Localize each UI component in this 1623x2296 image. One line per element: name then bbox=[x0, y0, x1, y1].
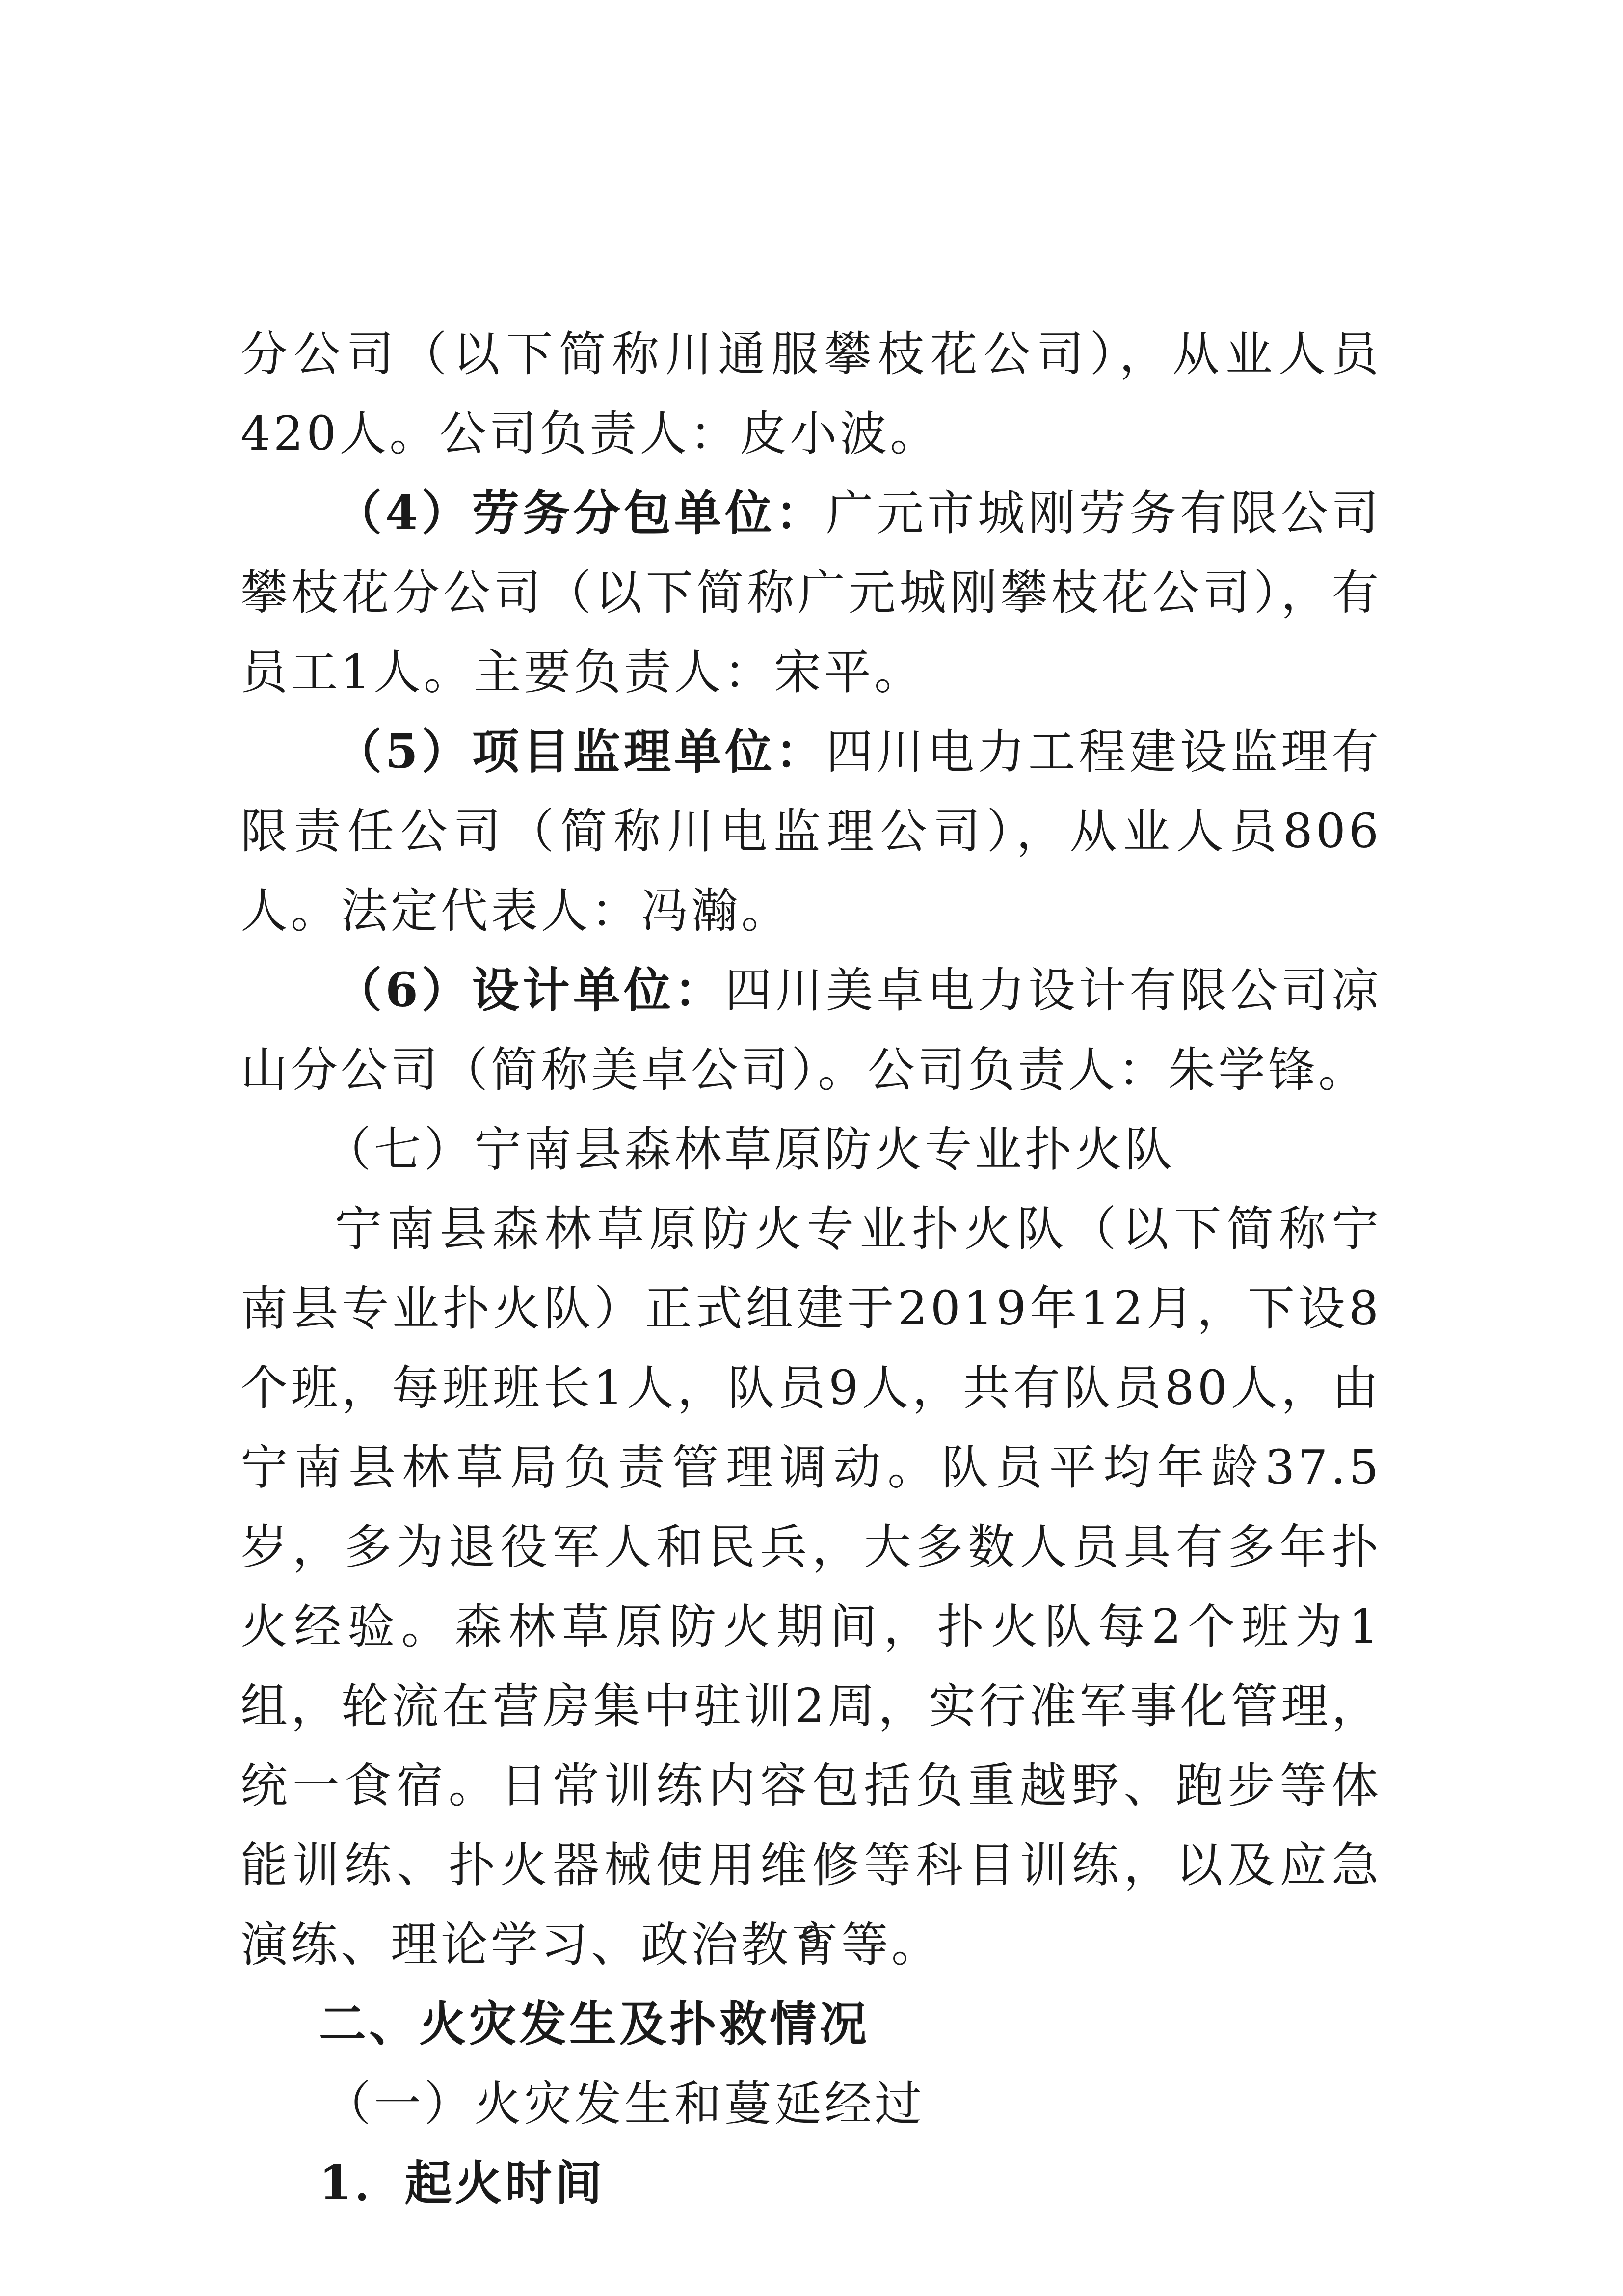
paragraph-text: 宁南县森林草原防火专业扑火队（以下简称宁南县专业扑火队）正式组建于2019年12… bbox=[240, 1201, 1382, 1972]
paragraph-label: （4）劳务分包单位： bbox=[335, 485, 826, 540]
paragraph-label: （6）设计单位： bbox=[335, 962, 725, 1018]
paragraph-company-continuation: 分公司（以下简称川通服攀枝花公司），从业人员420人。公司负责人：皮小波。 bbox=[240, 314, 1382, 473]
paragraph-labor-subcontractor: （4）劳务分包单位：广元市城刚劳务有限公司攀枝花分公司（以下简称广元城刚攀枝花公… bbox=[240, 473, 1382, 712]
paragraph-label: （5）项目监理单位： bbox=[335, 724, 826, 779]
subheading-fire-spread: （一）火灾发生和蔓延经过 bbox=[240, 2064, 1382, 2143]
item-heading-ignition-time: 1．起火时间 bbox=[240, 2143, 1382, 2223]
page-number: 9 bbox=[0, 1917, 1623, 1962]
document-page: 分公司（以下简称川通服攀枝花公司），从业人员420人。公司负责人：皮小波。 （4… bbox=[0, 0, 1623, 2296]
section-heading-fire-occurrence: 二、火灾发生及扑救情况 bbox=[240, 1984, 1382, 2064]
paragraph-fire-brigade-description: 宁南县森林草原防火专业扑火队（以下简称宁南县专业扑火队）正式组建于2019年12… bbox=[240, 1189, 1382, 1984]
heading-fire-brigade: （七）宁南县森林草原防火专业扑火队 bbox=[240, 1109, 1382, 1189]
paragraph-design-unit: （6）设计单位：四川美卓电力设计有限公司凉山分公司（简称美卓公司）。公司负责人：… bbox=[240, 950, 1382, 1109]
paragraph-supervision-unit: （5）项目监理单位：四川电力工程建设监理有限责任公司（简称川电监理公司），从业人… bbox=[240, 712, 1382, 950]
paragraph-text: 分公司（以下简称川通服攀枝花公司），从业人员420人。公司负责人：皮小波。 bbox=[240, 326, 1382, 461]
